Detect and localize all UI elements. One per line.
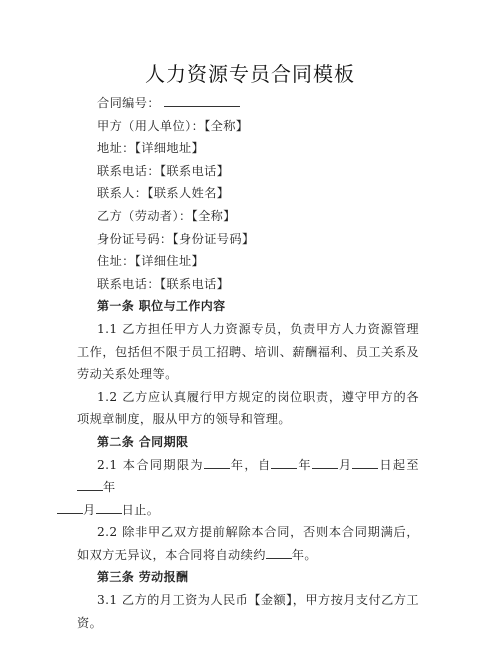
clause-text: 日起至: [378, 458, 419, 472]
field-label: 联系电话：: [97, 164, 160, 178]
field-value: 【身份证号码】: [173, 232, 255, 246]
field-value: 【全称】: [192, 209, 236, 223]
clause-2-1: 2.1 本合同期限为年，自年月日起至年月日止。: [77, 454, 419, 522]
blank-end-year: [77, 477, 103, 491]
blank-years: [204, 455, 230, 469]
field-contract-number: 合同编号：: [77, 92, 419, 115]
clause-2-2: 2.2 除非甲乙双方提前解除本合同，否则本合同期满后，如双方无异议，本合同将自动…: [77, 521, 419, 566]
field-party-b: 乙方（劳动者）：【全称】: [77, 205, 419, 228]
field-label: 乙方（劳动者）：: [97, 209, 192, 223]
clause-text: 2.2 除非甲乙双方提前解除本合同，否则本合同期满后，如双方无异议，本合同将自动…: [77, 525, 419, 562]
clause-1-2: 1.2 乙方应认真履行甲方规定的岗位职责，遵守甲方的各项规章制度，服从甲方的领导…: [77, 386, 419, 431]
field-value: 【详细住址】: [135, 254, 204, 268]
field-label: 住址：: [97, 254, 135, 268]
blank-end-month: [57, 500, 83, 514]
contract-number-blank: [164, 93, 240, 107]
clause-text: 年，自: [230, 458, 272, 472]
clause-text: 月: [83, 503, 96, 517]
field-party-a-contact: 联系人：【联系人姓名】: [77, 182, 419, 205]
field-value: 【联系电话】: [160, 164, 229, 178]
clause-text: 年: [103, 480, 116, 494]
clause-text: 年。: [292, 548, 317, 562]
clause-text: 年: [297, 458, 311, 472]
field-party-a: 甲方（用人单位）：【全称】: [77, 115, 419, 138]
blank-renewal-years: [266, 545, 292, 559]
field-value: 【联系人姓名】: [147, 186, 229, 200]
blank-start-month: [312, 455, 338, 469]
field-label: 联系电话：: [97, 277, 160, 291]
blank-start-year: [271, 455, 297, 469]
clause-text: 2.1 本合同期限为: [97, 458, 204, 472]
section-heading-3: 第三条 劳动报酬: [77, 566, 419, 589]
field-value: 【详细地址】: [135, 141, 204, 155]
blank-end-day: [96, 500, 122, 514]
clause-3-1: 3.1 乙方的月工资为人民币【金额】，甲方按月支付乙方工资。: [77, 589, 419, 634]
blank-start-day: [352, 455, 378, 469]
field-value: 【联系电话】: [160, 277, 229, 291]
clause-text: 月: [338, 458, 352, 472]
clause-1-1: 1.1 乙方担任甲方人力资源专员，负责甲方人力资源管理工作，包括但不限于员工招聘…: [77, 318, 419, 386]
field-party-a-address: 地址：【详细地址】: [77, 137, 419, 160]
field-party-b-address: 住址：【详细住址】: [77, 250, 419, 273]
section-heading-2: 第二条 合同期限: [77, 431, 419, 454]
document-title: 人力资源专员合同模板: [0, 58, 500, 87]
field-label: 身份证号码：: [97, 232, 173, 246]
field-label: 甲方（用人单位）：: [97, 119, 204, 133]
field-party-b-id: 身份证号码：【身份证号码】: [77, 228, 419, 251]
document-page: 人力资源专员合同模板 合同编号： 甲方（用人单位）：【全称】 地址：【详细地址】…: [0, 0, 500, 647]
section-heading-1: 第一条 职位与工作内容: [77, 295, 419, 318]
clause-text: 日止。: [122, 503, 160, 517]
field-value: 【全称】: [204, 119, 248, 133]
field-label: 联系人：: [97, 186, 147, 200]
field-party-b-phone: 联系电话：【联系电话】: [77, 273, 419, 296]
document-body: 合同编号： 甲方（用人单位）：【全称】 地址：【详细地址】 联系电话：【联系电话…: [77, 92, 419, 634]
field-label: 合同编号：: [97, 96, 160, 110]
field-label: 地址：: [97, 141, 135, 155]
field-party-a-phone: 联系电话：【联系电话】: [77, 160, 419, 183]
